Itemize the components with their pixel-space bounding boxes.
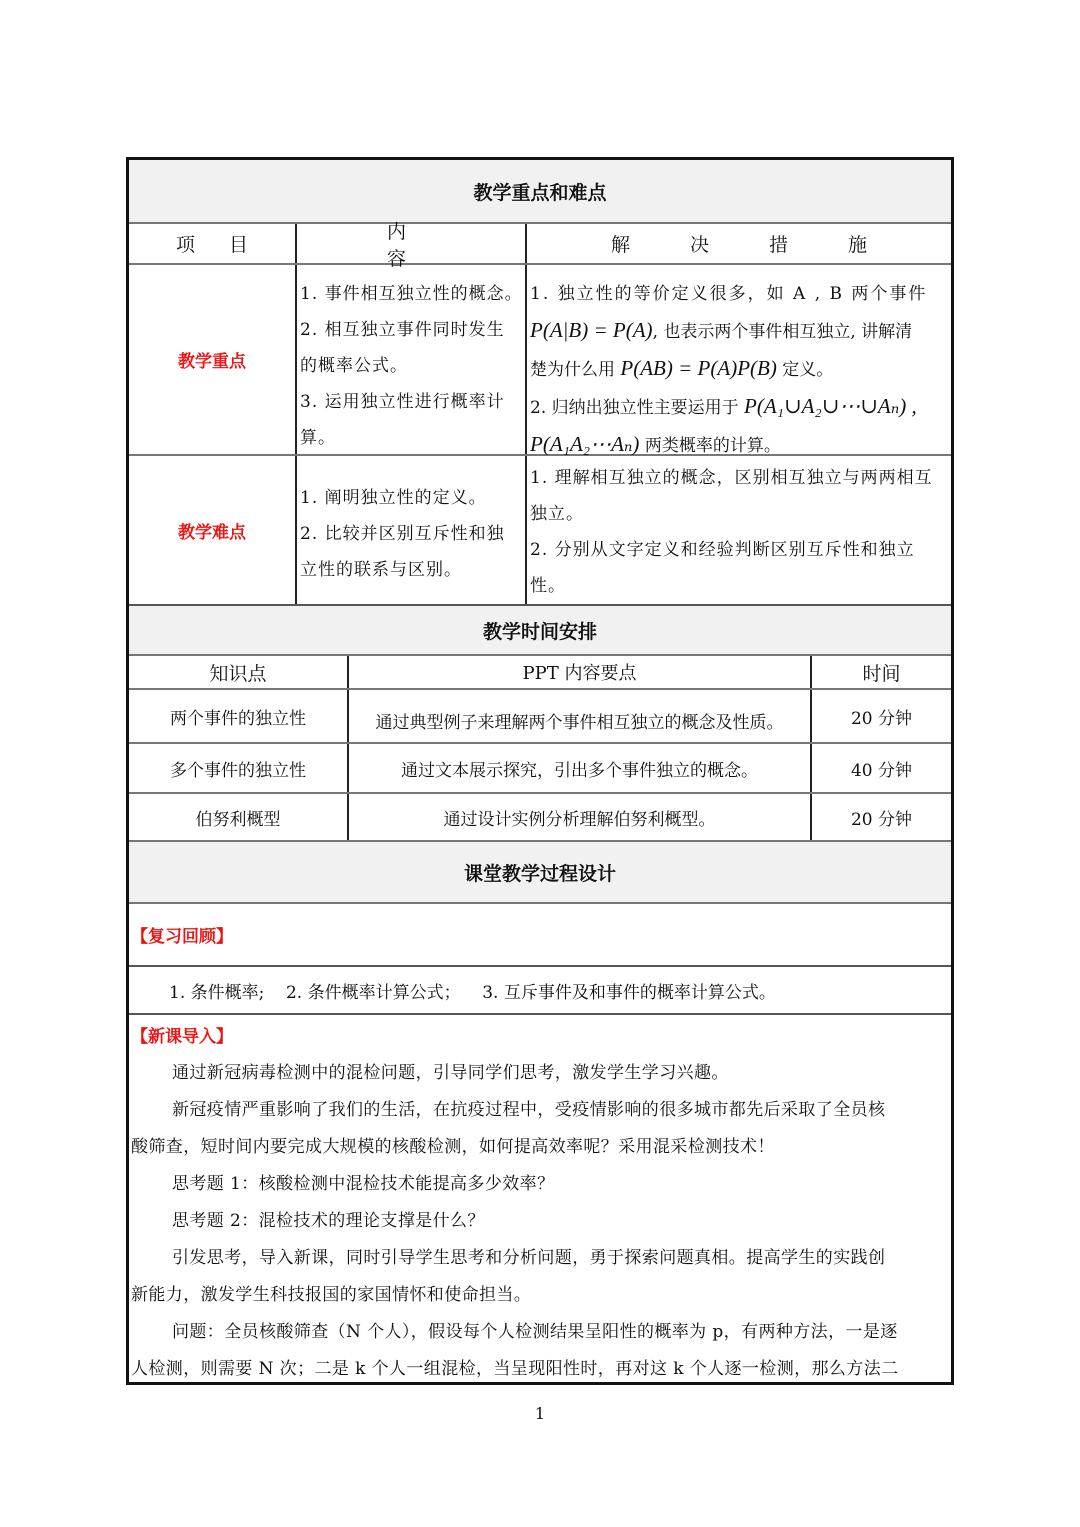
lesson-plan-table: 教学重点和难点 项目 内容 解决措施 教学重点 1. 事件相互独立性的概念。 2… xyxy=(126,157,954,1385)
key-point-content: 1. 事件相互独立性的概念。 2. 相互独立事件同时发生 的概率公式。 3. 运… xyxy=(297,265,527,454)
measure-line: 1. 理解相互独立的概念，区别相互独立与两两相互 xyxy=(530,460,951,496)
intro-paragraph: 新冠疫情严重影响了我们的生活，在抗疫过程中，受疫情影响的很多城市都先后采取了全员… xyxy=(131,1092,951,1129)
header-measures: 解决措施 xyxy=(527,224,951,263)
topic-cell: 多个事件的独立性 xyxy=(129,744,349,792)
content-line: 算。 xyxy=(300,420,525,456)
time-cell: 40 分钟 xyxy=(812,744,951,792)
header-ppt: PPT 内容要点 xyxy=(349,656,812,688)
thinking-question-1: 思考题 1：核酸检测中混检技术能提高多少效率？ xyxy=(131,1166,951,1203)
page-number: 1 xyxy=(0,1404,1080,1423)
intro-paragraph: 酸筛查，短时间内要完成大规模的核酸检测，如何提高效率呢？采用混采检测技术！ xyxy=(131,1129,951,1166)
schedule-header-row: 知识点 PPT 内容要点 时间 xyxy=(129,656,951,690)
row-label-difficulty: 教学难点 xyxy=(129,456,297,604)
content-line: 1. 阐明独立性的定义。 xyxy=(300,480,525,516)
review-items: 1. 条件概率; 2. 条件概率计算公式； 3. 互斥事件及和事件的概率计算公式… xyxy=(169,978,776,1003)
content-line: 3. 运用独立性进行概率计 xyxy=(300,384,525,420)
review-heading-row: 【复习回顾】 xyxy=(129,904,951,967)
measure-line: 独立。 xyxy=(530,496,951,532)
measure-line: 楚为什么用 P(AB) = P(A)P(B) 定义。 xyxy=(530,350,951,388)
key-points-header-row: 项目 内容 解决措施 xyxy=(129,224,951,265)
measure-text: 楚为什么用 xyxy=(530,360,620,380)
measure-line: 1. 独立性的等价定义很多，如 A , B 两个事件 xyxy=(530,276,951,312)
header-topic: 知识点 xyxy=(129,656,349,688)
topic-cell: 伯努利概型 xyxy=(129,794,349,840)
ppt-cell: 通过设计实例分析理解伯努利概型。 xyxy=(349,794,812,840)
row-label-key-point: 教学重点 xyxy=(129,265,297,454)
formula: P(A₁A₂⋯Aₙ) xyxy=(530,432,639,456)
measure-text: 2. 归纳出独立性主要运用于 xyxy=(530,398,744,418)
intro-paragraph: 通过新冠病毒检测中的混检问题，引导同学们思考，激发学生学习兴趣。 xyxy=(131,1055,951,1092)
table-row-key-point: 教学重点 1. 事件相互独立性的概念。 2. 相互独立事件同时发生 的概率公式。… xyxy=(129,265,951,456)
section-title-text: 教学时间安排 xyxy=(483,617,597,644)
thinking-question-2: 思考题 2：混检技术的理论支撑是什么？ xyxy=(131,1203,951,1240)
header-time: 时间 xyxy=(812,656,951,688)
section-title-text: 教学重点和难点 xyxy=(473,178,606,205)
content-line: 2. 相互独立事件同时发生 xyxy=(300,312,525,348)
formula: P(A|B) = P(A) xyxy=(530,318,653,342)
problem-statement: 问题：全员核酸筛查（N 个人），假设每个人检测结果呈阳性的概率为 p，有两种方法… xyxy=(131,1314,951,1351)
content-line: 立性的联系与区别。 xyxy=(300,552,525,588)
key-point-measures: 1. 独立性的等价定义很多，如 A , B 两个事件 P(A|B) = P(A)… xyxy=(527,265,951,454)
intro-block: 【新课导入】 通过新冠病毒检测中的混检问题，引导同学们思考，激发学生学习兴趣。 … xyxy=(129,1015,951,1385)
table-row: 伯努利概型 通过设计实例分析理解伯努利概型。 20 分钟 xyxy=(129,794,951,842)
section-title-key-points: 教学重点和难点 xyxy=(129,160,951,224)
table-row: 多个事件的独立性 通过文本展示探究，引出多个事件独立的概念。 40 分钟 xyxy=(129,744,951,794)
measure-line: 性。 xyxy=(530,568,951,604)
measure-line: P(A|B) = P(A), 也表示两个事件相互独立, 讲解清 xyxy=(530,312,951,350)
intro-heading: 【新课导入】 xyxy=(131,1015,951,1055)
intro-paragraph: 引发思考，导入新课，同时引导学生思考和分析问题，勇于探索问题真相。提高学生的实践… xyxy=(131,1240,951,1277)
measure-text: 两类概率的计算。 xyxy=(639,436,780,456)
formula: P(AB) = P(A)P(B) xyxy=(620,356,776,380)
ppt-cell: 通过文本展示探究，引出多个事件独立的概念。 xyxy=(349,744,812,792)
measure-line: 2. 分别从文字定义和经验判断区别互斥性和独立 xyxy=(530,532,951,568)
review-heading: 【复习回顾】 xyxy=(131,922,233,947)
topic-cell: 两个事件的独立性 xyxy=(129,690,349,742)
review-items-row: 1. 条件概率; 2. 条件概率计算公式； 3. 互斥事件及和事件的概率计算公式… xyxy=(129,967,951,1015)
table-row: 两个事件的独立性 通过典型例子来理解两个事件相互独立的概念及性质。 20 分钟 xyxy=(129,690,951,744)
measure-text: , 也表示两个事件相互独立, 讲解清 xyxy=(653,322,913,342)
section-title-process: 课堂教学过程设计 xyxy=(129,842,951,904)
header-content: 内容 xyxy=(297,224,527,263)
difficulty-measures: 1. 理解相互独立的概念，区别相互独立与两两相互 独立。 2. 分别从文字定义和… xyxy=(527,456,951,604)
problem-statement: 人检测，则需要 N 次；二是 k 个人一组混检，当呈现阳性时，再对这 k 个人逐… xyxy=(131,1351,951,1388)
section-title-text: 课堂教学过程设计 xyxy=(464,859,616,886)
header-item: 项目 xyxy=(129,224,297,263)
measure-line: 2. 归纳出独立性主要运用于 P(A₁∪A₂∪⋯∪Aₙ) , xyxy=(530,388,951,426)
measure-text: 定义。 xyxy=(777,360,833,380)
formula: P(A₁∪A₂∪⋯∪Aₙ) , xyxy=(744,394,917,418)
content-line: 的概率公式。 xyxy=(300,348,525,384)
table-row-difficulty: 教学难点 1. 阐明独立性的定义。 2. 比较并区别互斥性和独 立性的联系与区别… xyxy=(129,456,951,606)
content-line: 1. 事件相互独立性的概念。 xyxy=(300,276,525,312)
section-title-schedule: 教学时间安排 xyxy=(129,606,951,656)
intro-paragraph: 新能力，激发学生科技报国的家国情怀和使命担当。 xyxy=(131,1277,951,1314)
content-line: 2. 比较并区别互斥性和独 xyxy=(300,516,525,552)
time-cell: 20 分钟 xyxy=(812,794,951,840)
difficulty-content: 1. 阐明独立性的定义。 2. 比较并区别互斥性和独 立性的联系与区别。 xyxy=(297,456,527,604)
ppt-cell: 通过典型例子来理解两个事件相互独立的概念及性质。 xyxy=(349,690,812,742)
time-cell: 20 分钟 xyxy=(812,690,951,742)
